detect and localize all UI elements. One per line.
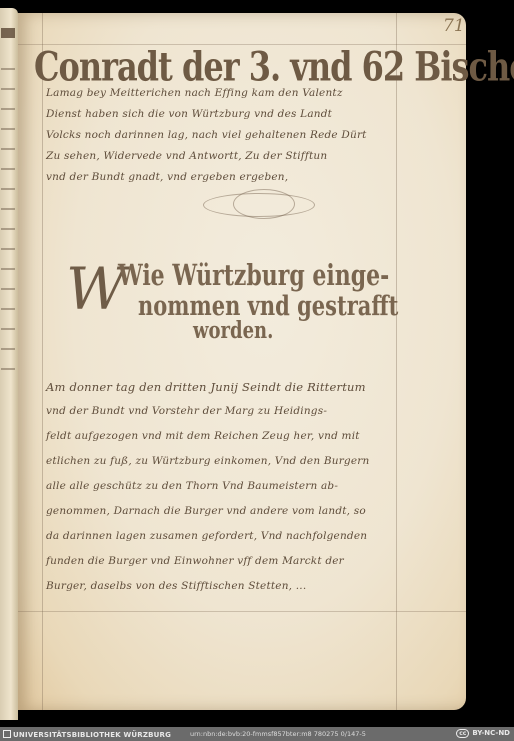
text-line: genommen, Darnach die Burger vnd andere … bbox=[46, 505, 366, 517]
viewer-footer: UNIVERSITÄTSBIBLIOTHEK WÜRZBURG urn:nbn:… bbox=[0, 727, 514, 741]
image-viewer: 71 Conradt der 3. vnd 62 Bischoff. Lamag… bbox=[0, 0, 514, 727]
text-line: Volcks noch darinnen lag, nach viel geha… bbox=[46, 129, 367, 141]
text-line: vnd der Bundt gnadt, vnd ergeben ergeben… bbox=[46, 171, 288, 183]
text-line: alle alle geschütz zu den Thorn Vnd Baum… bbox=[46, 480, 338, 492]
text-line: etlichen zu fuß, zu Würtzburg einkomen, … bbox=[46, 455, 369, 467]
manuscript-page: 71 Conradt der 3. vnd 62 Bischoff. Lamag… bbox=[18, 13, 466, 710]
margin-rule-left bbox=[42, 13, 43, 710]
text-line: Am donner tag den dritten Junij Seindt d… bbox=[46, 380, 366, 394]
creative-commons-icon: cc bbox=[456, 729, 469, 738]
library-logo[interactable]: UNIVERSITÄTSBIBLIOTHEK WÜRZBURG bbox=[3, 730, 171, 739]
margin-rule-bottom bbox=[18, 611, 466, 612]
decorated-initial: W bbox=[66, 255, 126, 323]
section-title-line: worden. bbox=[193, 317, 273, 344]
urn-identifier[interactable]: urn:nbn:de:bvb:20-fmmsf857bter:m8 780275… bbox=[190, 730, 366, 738]
text-line: Lamag bey Meitterichen nach Effing kam d… bbox=[46, 87, 343, 99]
text-line: Zu sehen, Widervede vnd Antwortt, Zu der… bbox=[46, 150, 327, 162]
text-line: Dienst haben sich die von Würtzburg vnd … bbox=[46, 108, 332, 120]
chapter-heading: Conradt der 3. vnd 62 Bischoff. bbox=[34, 43, 514, 91]
text-line: Burger, daselbs von des Stifftischen Ste… bbox=[46, 580, 306, 592]
license-badge[interactable]: ccBY-NC-ND bbox=[456, 729, 510, 738]
library-logo-icon bbox=[3, 730, 11, 738]
previous-page-edge bbox=[0, 8, 18, 720]
folio-number: 71 bbox=[443, 16, 465, 36]
text-line: vnd der Bundt vnd Vorstehr der Marg zu H… bbox=[46, 405, 327, 417]
text-line: feldt aufgezogen vnd mit dem Reichen Zeu… bbox=[46, 430, 360, 442]
flourish-ornament bbox=[233, 189, 295, 219]
text-line: da darinnen lagen zusamen gefordert, Vnd… bbox=[46, 530, 367, 542]
section-title-line: Wie Würtzburg einge- bbox=[118, 259, 389, 293]
margin-rule-right bbox=[396, 13, 397, 710]
text-line: funden die Burger vnd Einwohner vff dem … bbox=[46, 555, 344, 567]
